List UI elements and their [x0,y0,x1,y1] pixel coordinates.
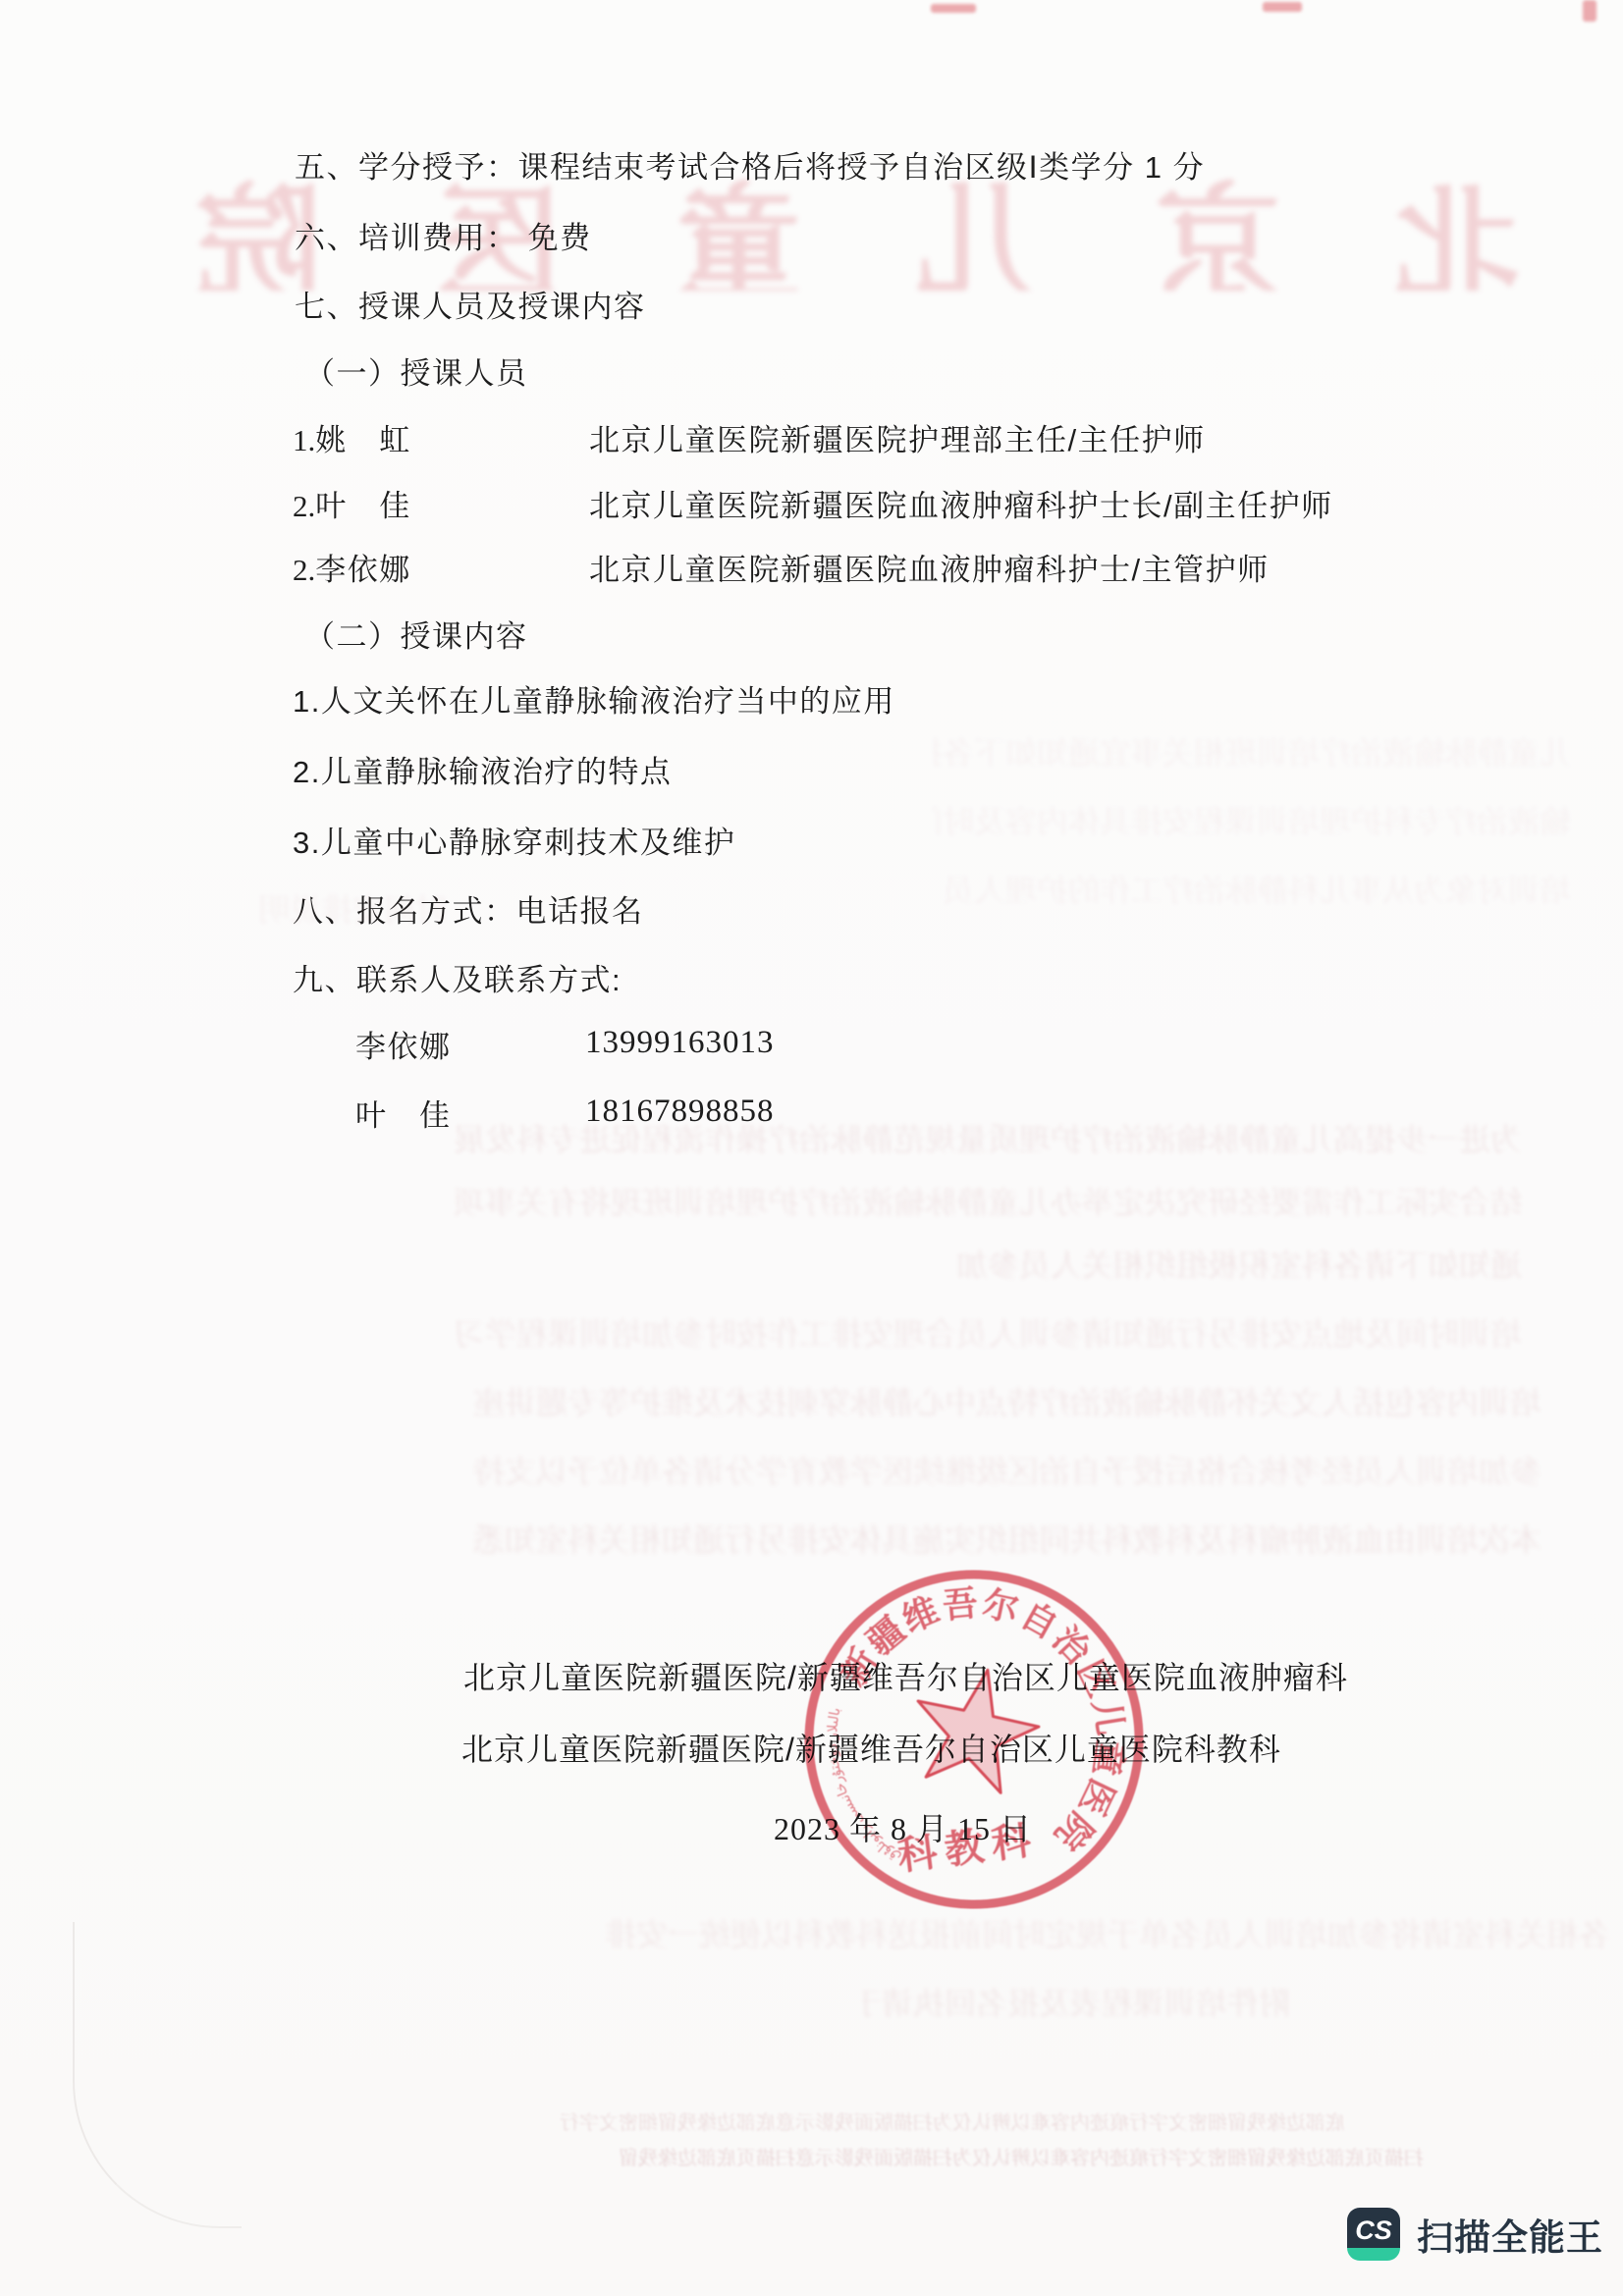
scan-speck [931,4,976,13]
bleedthrough-line: 培训时间及地点安排另行通知请参训人员合理安排工作按时参加培训课程学习 [135,1309,1522,1351]
subsection-lecturers: （一）授课人员 [304,355,528,392]
bleedthrough-line: 附件培训课程表及报名回执请于开班前完成报名工作 [862,1979,1290,2020]
item-contacts-heading: 九、联系人及联系方式: [293,962,622,998]
bleedthrough-line: 通知如下请各科室积极组织相关人员参加 [609,1241,1522,1282]
item-credit-award: 五、学分授予：课程结束考试合格后将授予自治区级Ⅰ类学分 1 分 [295,149,1205,186]
official-seal-stamp: 新疆维吾尔自治区儿童医院 بالىلار دوختۇرخانىسى رايونل… [783,1548,1165,1931]
item-lecturers-and-content: 七、授课人员及授课内容 [295,289,646,325]
scanned-document-page: 北京儿童医院 五、学分授予：课程结束考试合格后将授予自治区级Ⅰ类学分 1 分 六… [0,0,1623,2296]
seal-graphic: 新疆维吾尔自治区儿童医院 بالىلار دوختۇرخانىسى رايونل… [783,1548,1165,1931]
page-edge-artifact [73,1922,242,2228]
bleedthrough-line: 参加培训人员经考核合格后授予自治区级继续医学教育学分请各单位予以支持 [135,1447,1542,1488]
lecturer-row: 2.李依娜 [293,552,411,588]
content-item: 1.人文关怀在儿童静脉输液治疗当中的应用 [293,683,895,720]
item-training-fee: 六、培训费用： 免费 [295,220,592,256]
lecturer-number: 2. [293,488,315,524]
lecturer-name: 姚 虹 [315,423,411,457]
content-item: 3.儿童中心静脉穿刺技术及维护 [293,825,735,861]
bleedthrough-line: 底部边缘残留细密文字行痕迹内容难以辨认仅为扫描版面残影示意底部边缘残留细密文字行 [98,2107,1345,2132]
scan-speck [1583,0,1596,22]
bleedthrough-line: 结合实际工作需要经研究决定举办儿童静脉输液治疗护理培训班现将有关事项 [135,1178,1522,1219]
camscanner-icon-letters: CS [1355,2216,1392,2254]
lecturer-title: 北京儿童医院新疆医院护理部主任/主任护师 [589,422,1206,458]
seal-uyghur-text: بالىلار دوختۇرخانىسى رايونلۇق [819,1706,908,1867]
camscanner-watermark: CS 扫描全能王 [1347,2208,1603,2261]
content-item: 2.儿童静脉输液治疗的特点 [293,754,672,790]
camscanner-icon: CS [1347,2208,1400,2261]
lecturer-title: 北京儿童医院新疆医院血液肿瘤科护士长/副主任护师 [589,488,1333,524]
lecturer-name: 李依娜 [315,553,411,587]
lecturer-name: 叶 佳 [315,489,411,523]
seal-star-icon [915,1668,1041,1794]
item-registration: 八、报名方式：电话报名 [293,893,644,930]
scan-speck [1263,2,1302,12]
contact-phone: 18167898858 [585,1094,775,1130]
lecturer-row: 2.叶 佳 [293,488,411,524]
contact-name: 叶 佳 [355,1097,452,1134]
lecturer-title: 北京儿童医院新疆医院血液肿瘤科护士/主管护师 [589,552,1270,588]
bleedthrough-line: 输液治疗专科护理培训课程安排具体内容及时间地点 [933,797,1571,838]
camscanner-label: 扫描全能王 [1417,2208,1603,2261]
bleedthrough-line: 儿童静脉输液治疗培训班相关事宜通知如下各护理单元 [933,728,1571,770]
lecturer-number: 1. [293,422,315,458]
subsection-content: （二）授课内容 [304,618,528,655]
contact-name: 李依娜 [355,1029,452,1065]
bleedthrough-line: 培训对象为从事儿科静脉治疗工作的护理人员 [933,866,1571,907]
lecturer-number: 2. [293,552,315,588]
lecturer-row: 1.姚 虹 [293,422,411,458]
bleedthrough-line: 扫描页底部边缘残留细密文字行痕迹内容难以辨认仅为扫描版面残影示意扫描页底部边缘残… [98,2142,1424,2167]
contact-phone: 13999163013 [585,1025,775,1061]
seal-bottom-text: 科教科 [895,1818,1041,1878]
bleedthrough-line: 为进一步提高儿童静脉输液治疗护理质量规范静脉治疗操作流程促进专科发展 [135,1115,1522,1156]
bleedthrough-line: 培训内容包括人文关怀静脉输液治疗特点中心静脉穿刺技术及维护等专题讲座 [135,1378,1542,1419]
